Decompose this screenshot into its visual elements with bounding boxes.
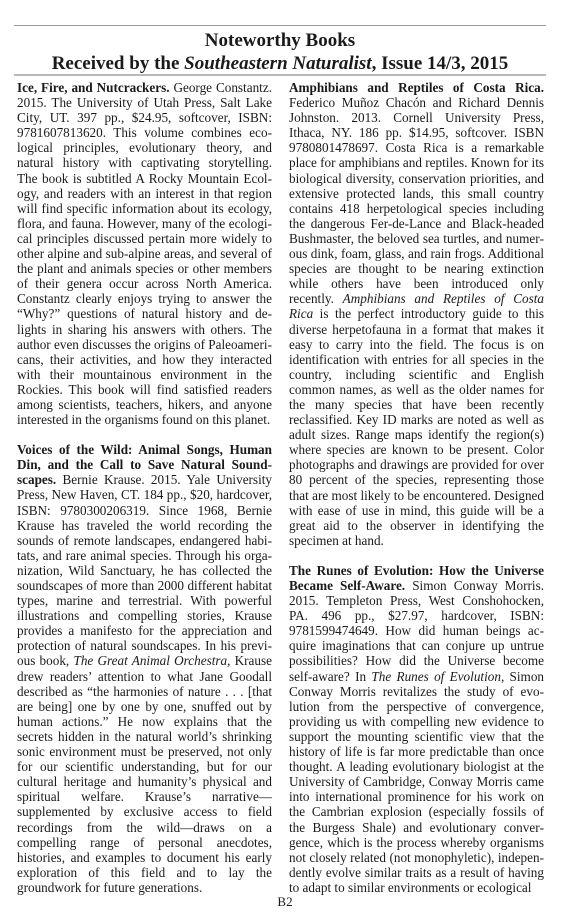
book-entry-ice-fire-nutcrackers: Ice, Fire, and Nutcrackers. George Const… <box>17 80 272 427</box>
book-description: This volume combines eco­logical princip… <box>17 125 272 427</box>
book-title: Ice, Fire, and Nutcrackers. <box>17 80 170 95</box>
book-entry-amphibians-reptiles-costa-rica: Amphibians and Reptiles of Costa Rica. F… <box>289 80 544 548</box>
book-description-continued: , Krause drew readers’ attention to what… <box>17 653 272 894</box>
journal-name: Southeastern Naturalist <box>184 53 371 74</box>
right-column: Amphibians and Reptiles of Costa Rica. F… <box>289 80 544 910</box>
header-top-rule <box>14 25 546 26</box>
header-bottom-rule <box>14 74 546 76</box>
page-number: B2 <box>0 894 570 909</box>
book-title: Amphibians and Reptiles of Costa Rica. <box>289 80 544 95</box>
page-title: Noteworthy Books <box>14 29 546 52</box>
left-column: Ice, Fire, and Nutcrackers. George Const… <box>17 80 272 910</box>
book-description-continued: , Simon Conway Morris revitalizes the st… <box>289 669 544 895</box>
book-title-reference: The Great Animal Orchestra <box>73 653 227 668</box>
book-entry-runes-of-evolution: The Runes of Evolution: How the Universe… <box>289 563 544 895</box>
subtitle-prefix: Received by the <box>52 53 184 74</box>
page-subtitle: Received by the Southeastern Naturalist,… <box>14 52 546 75</box>
book-title-reference: The Runes of Evolution <box>371 669 501 684</box>
book-entry-voices-of-the-wild: Voices of the Wild: Animal Songs, Human … <box>17 442 272 895</box>
book-description: Costa Rica is a remarkable place for amp… <box>289 140 544 306</box>
book-description-continued: is the perfect introductory guide to thi… <box>289 306 544 547</box>
page-header: Noteworthy Books Received by the Southea… <box>14 29 546 75</box>
subtitle-suffix: , Issue 14/3, 2015 <box>372 53 509 74</box>
book-description: Since 1968, Bernie Krause has traveled t… <box>17 503 272 669</box>
